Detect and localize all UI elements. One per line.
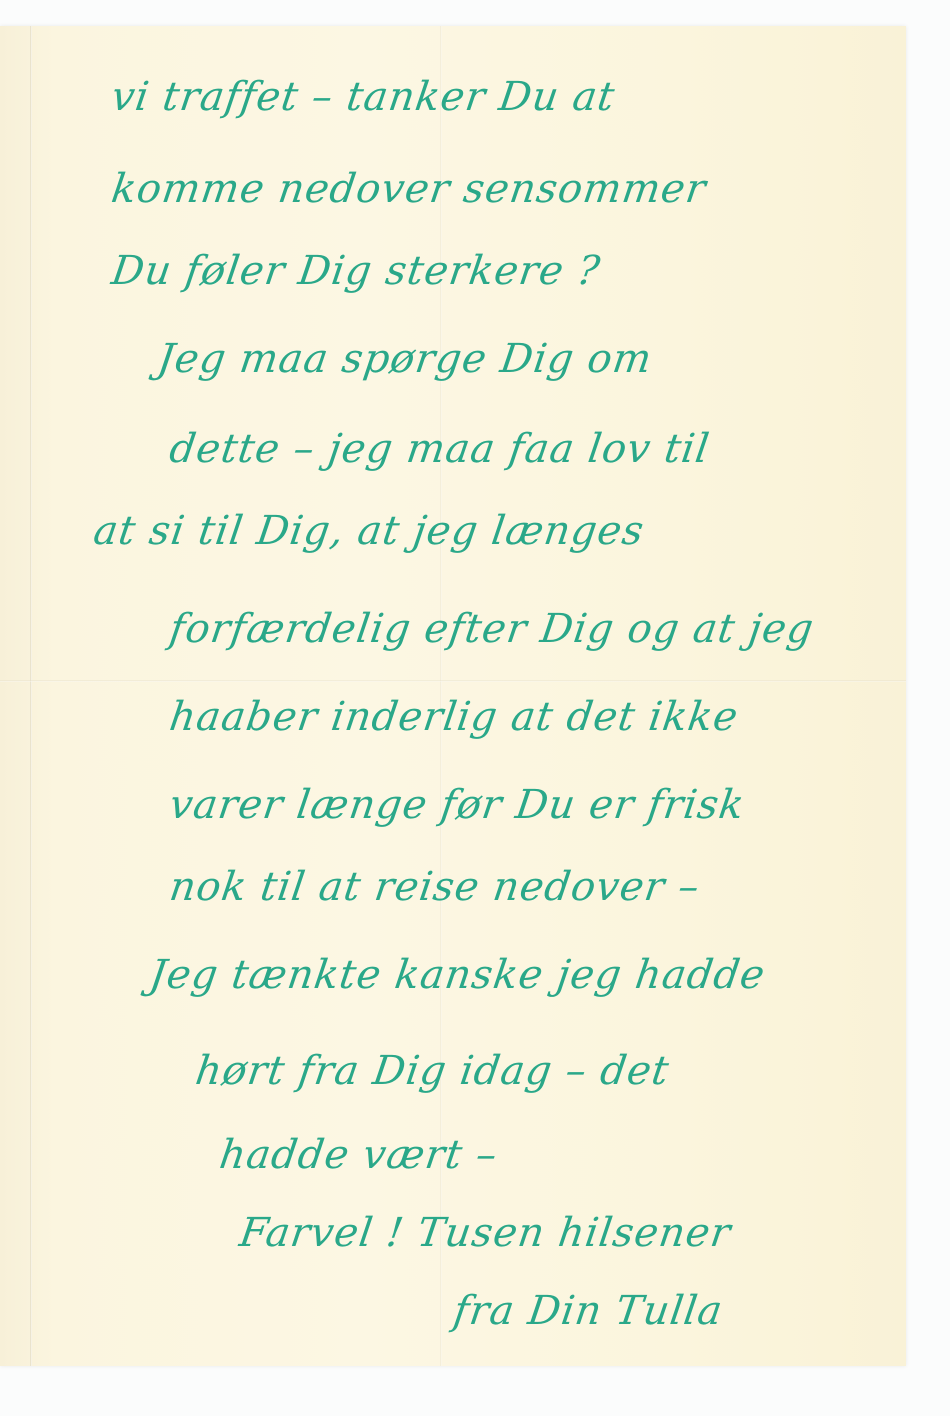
handwritten-line-7: forfærdelig efter Dig og at jeg (167, 606, 817, 652)
signature: fra Din Tulla (451, 1288, 726, 1334)
handwritten-line-4: Jeg maa spørge Dig om (155, 336, 655, 382)
handwritten-line-10: nok til at reise nedover – (167, 864, 703, 910)
handwritten-line-13: hadde vært – (217, 1132, 501, 1178)
handwritten-line-11: Jeg tænkte kanske jeg hadde (147, 952, 769, 998)
closing-farewell: Farvel ! Tusen hilsener (237, 1210, 734, 1256)
handwritten-line-9: varer længe før Du er frisk (167, 782, 748, 828)
letter-page: vi traffet – tanker Du at komme nedover … (0, 26, 906, 1366)
handwritten-line-6: at si til Dig, at jeg længes (91, 508, 647, 554)
paper-fold-horizontal (0, 680, 906, 682)
handwritten-line-2: komme nedover sensommer (109, 166, 709, 212)
handwritten-line-1: vi traffet – tanker Du at (109, 74, 618, 120)
handwritten-line-3: Du føler Dig sterkere ? (109, 248, 604, 294)
handwritten-line-8: haaber inderlig at det ikke (167, 694, 742, 740)
paper-fold-vertical-left (30, 26, 32, 1366)
handwritten-line-5: dette – jeg maa faa lov til (167, 426, 713, 472)
handwritten-line-12: hørt fra Dig idag – det (193, 1048, 673, 1094)
